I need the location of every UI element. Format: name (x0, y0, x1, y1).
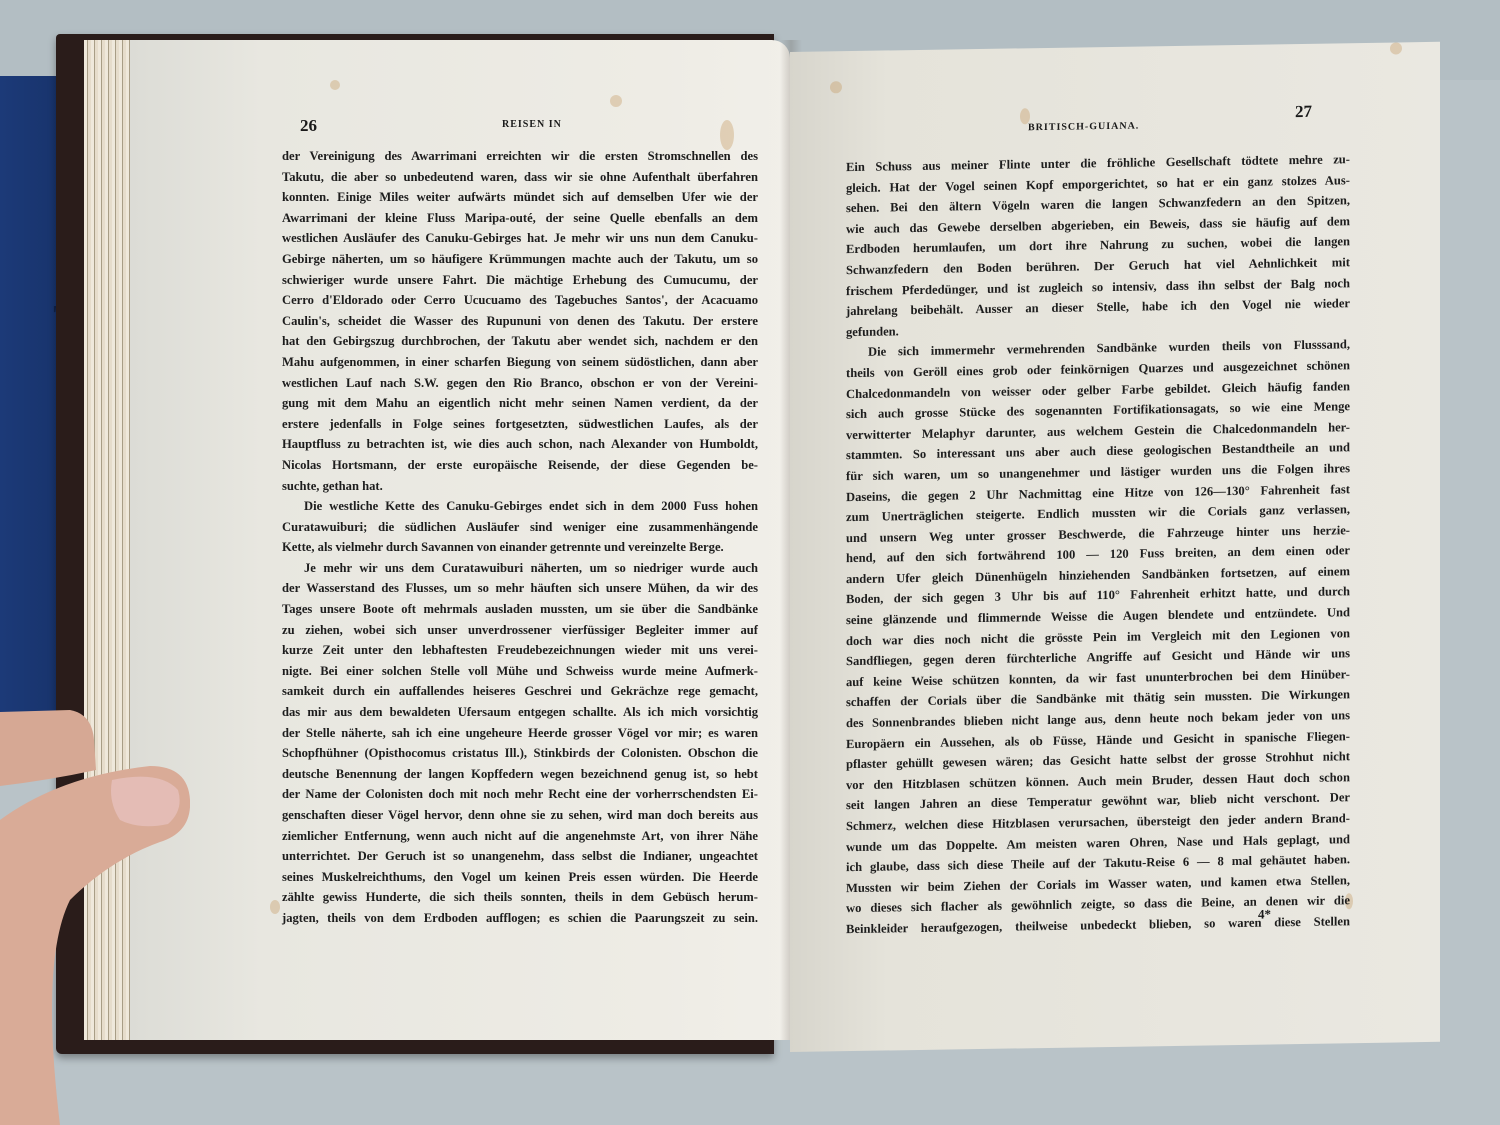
text-line: schwieriger wurde unsere Fahrt. Die mäch… (282, 270, 758, 291)
text-line: Nicolas Hortsmann, der erste europäische… (282, 455, 758, 476)
foxing-stain (270, 900, 280, 914)
text-line: Schopfhühner (Opisthocomus cristatus Ill… (282, 743, 758, 764)
text-line: Awarrimani der kleine Fluss Maripa-outé,… (282, 208, 758, 229)
text-line: seines Muskelreichthums, den Vogel um ke… (282, 867, 758, 888)
text-line: Mahu aufgenommen, in einer scharfen Bieg… (282, 352, 758, 373)
text-line: Cerro d'Eldorado oder Cerro Ucucuamo des… (282, 290, 758, 311)
text-line: gung mit dem Mahu an eigentlich nicht me… (282, 393, 758, 414)
text-line: zu ziehen, wobei sich unser unverdrossen… (282, 620, 758, 641)
text-line: der Name der Colonisten doch mit noch me… (282, 784, 758, 805)
running-head: BRITISCH-GUIANA. (1028, 121, 1139, 134)
text-line: das mir aus dem bewaldeten Ufersaum entg… (282, 702, 758, 723)
text-line: unterrichtet. Der Geruch ist so unangene… (282, 846, 758, 867)
body-text: Ein Schuss aus meiner Flinte unter die f… (846, 149, 1350, 939)
text-line: westlichen Lauf nach S.W. gegen den Rio … (282, 373, 758, 394)
running-head: REISEN IN (502, 119, 562, 130)
text-line: konnten. Einige Miles weiter aufwärts mü… (282, 187, 758, 208)
hand-holding-book (0, 700, 190, 1125)
text-line: hat den Gebirgszug durchbrochen, der Tak… (282, 331, 758, 352)
text-line: Je mehr wir uns dem Curatawuiburi nähert… (282, 558, 758, 579)
text-line: der Wasserstand des Flusses, um so mehr … (282, 578, 758, 599)
text-line: Tages unsere Boote oft mehrmals ausladen… (282, 599, 758, 620)
text-line: suchte, gethan hat. (282, 476, 758, 497)
text-line: genschaften dieser Vögel hervor, denn oh… (282, 805, 758, 826)
text-line: nigte. Bei einer solchen Stelle voll Müh… (282, 661, 758, 682)
text-line: Caulin's, scheidet die Wasser des Rupunu… (282, 311, 758, 332)
text-line: Kette, als vielmehr durch Savannen von e… (282, 537, 758, 558)
text-line: westlichen Ausläufer des Canuku-Gebirges… (282, 228, 758, 249)
text-line: der Vereinigung des Awarrimani erreichte… (282, 146, 758, 167)
text-line: Die westliche Kette des Canuku-Gebirges … (282, 496, 758, 517)
foxing-stain (610, 95, 622, 107)
text-line: jagten, theils von dem Erdboden auffloge… (282, 908, 758, 929)
body-text: der Vereinigung des Awarrimani erreichte… (282, 146, 758, 929)
right-page: BRITISCH-GUIANA. 27 Ein Schuss aus meine… (790, 42, 1440, 1052)
foxing-stain (330, 80, 340, 90)
text-line: Hauptfluss zu betrachten ist, wie dies a… (282, 434, 758, 455)
page-number: 26 (300, 116, 317, 136)
page-number: 27 (1295, 102, 1312, 122)
text-line: Takutu, die aber so unbedeutend waren, d… (282, 167, 758, 188)
left-page: 26 REISEN IN der Vereinigung des Awarrim… (130, 40, 790, 1040)
text-line: deutsche Benennung der langen Kopffedern… (282, 764, 758, 785)
foxing-stain (1390, 42, 1402, 54)
text-line: kurze Zeit unter den lebhaftesten Freude… (282, 640, 758, 661)
text-line: Gebirge näherten, um so häufigere Krümmu… (282, 249, 758, 270)
foxing-stain (830, 81, 842, 93)
text-line: ziemlicher Entfernung, wenn auch nicht a… (282, 826, 758, 847)
text-line: Curatawuiburi; die südlichen Ausläufer s… (282, 517, 758, 538)
text-line: zählte gewiss Hunderte, die sich theils … (282, 887, 758, 908)
text-line: der Stelle näherte, sah ich eine ungeheu… (282, 723, 758, 744)
signature-mark: 4* (1258, 906, 1271, 922)
text-line: erstere jedenfalls in Folge seines fortg… (282, 414, 758, 435)
text-line: samkeit durch ein auffallendes heiseres … (282, 681, 758, 702)
